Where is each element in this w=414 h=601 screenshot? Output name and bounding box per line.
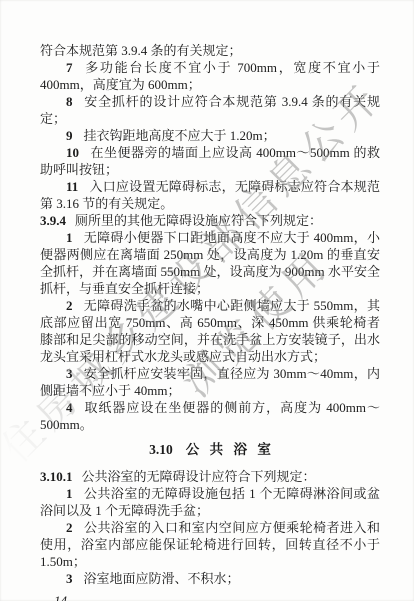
document-content: 符合本规范第 3.9.4 条的有关规定； 7多功能台长度不宜小于 700mm，宽… (0, 0, 414, 601)
numbered-item-4: 4取纸器应设在坐便器的侧前方，高度为 400mm～500mm。 (40, 399, 380, 433)
numbered-item-1: 1无障碍小便器下口距地面高度不应大于 400mm，小便器两侧应在离墙面 250m… (40, 229, 380, 297)
numbered-item-3: 3安全抓杆应安装牢固，直径应为 30mm～40mm，内侧距墙不应小于 40mm； (40, 365, 380, 399)
item-number: 7 (66, 60, 73, 75)
clause-3-10-1: 3.10.1公共浴室的无障碍设计应符合下列规定： (40, 468, 380, 485)
item-text: 挂衣钩距地高度不应大于 1.20m； (84, 128, 276, 143)
item-number: 4 (66, 400, 73, 415)
section-title: 公 共 浴 室 (186, 442, 271, 457)
item-number: 10 (66, 145, 79, 160)
numbered-item-2: 2公共浴室的入口和室内空间应方便乘轮椅者进入和使用，浴室内部应能保证轮椅进行回转… (40, 519, 380, 570)
item-text: 安全抓杆的设计应符合本规范第 3.9.4 条的有关规定； (40, 94, 380, 126)
section-heading: 3.10公 共 浴 室 (40, 441, 380, 458)
section-number: 3.10 (149, 442, 173, 457)
numbered-item-9: 9挂衣钩距地高度不应大于 1.20m； (40, 127, 380, 144)
item-text: 安全抓杆应安装牢固，直径应为 30mm～40mm，内侧距墙不应小于 40mm； (40, 366, 380, 398)
item-number: 1 (66, 486, 73, 501)
item-text: 无障碍小便器下口距地面高度不应大于 400mm，小便器两侧应在离墙面 250mm… (40, 230, 380, 296)
item-text: 浴室地面应防滑、不积水； (84, 571, 240, 586)
item-number: 3 (66, 571, 73, 586)
clause-number: 3.10.1 (40, 469, 73, 484)
item-text: 无障碍洗手盆的水嘴中心距侧墙应大于 550mm，其底部应留出宽 750mm、高 … (40, 298, 380, 364)
item-text: 入口应设置无障碍标志，无障碍标志应符合本规范第 3.16 节的有关规定。 (40, 179, 380, 211)
clause-text: 公共浴室的无障碍设计应符合下列规定： (82, 469, 316, 484)
document-page: 住房城乡建设部信息公开 浏览使用 符合本规范第 3.9.4 条的有关规定； 7多… (0, 0, 414, 601)
numbered-item-8: 8安全抓杆的设计应符合本规范第 3.9.4 条的有关规定； (40, 93, 380, 127)
numbered-item-2: 2无障碍洗手盆的水嘴中心距侧墙应大于 550mm，其底部应留出宽 750mm、高… (40, 297, 380, 365)
item-number: 3 (66, 366, 73, 381)
item-number: 2 (66, 298, 73, 313)
paragraph-text: 符合本规范第 3.9.4 条的有关规定； (40, 43, 242, 58)
item-text: 公共浴室的入口和室内空间应方便乘轮椅者进入和使用，浴室内部应能保证轮椅进行回转，… (40, 520, 380, 569)
numbered-item-7: 7多功能台长度不宜小于 700mm，宽度不宜小于 400mm，高度宜为 600m… (40, 59, 380, 93)
numbered-item-1: 1公共浴室的无障碍设施包括 1 个无障碍淋浴间或盆浴间以及 1 个无障碍洗手盆； (40, 485, 380, 519)
item-number: 9 (66, 128, 73, 143)
item-text: 在坐便器旁的墙面上应设高 400mm～500mm 的救助呼叫按钮； (40, 145, 380, 177)
numbered-item-10: 10在坐便器旁的墙面上应设高 400mm～500mm 的救助呼叫按钮； (40, 144, 380, 178)
numbered-item-3: 3浴室地面应防滑、不积水； (40, 570, 380, 587)
numbered-item-11: 11入口应设置无障碍标志，无障碍标志应符合本规范第 3.16 节的有关规定。 (40, 178, 380, 212)
clause-3-9-4: 3.9.4厕所里的其他无障碍设施应符合下列规定： (40, 212, 380, 229)
item-text: 取纸器应设在坐便器的侧前方，高度为 400mm～500mm。 (40, 400, 380, 432)
item-number: 11 (66, 179, 78, 194)
item-number: 2 (66, 520, 73, 535)
clause-number: 3.9.4 (40, 213, 66, 228)
item-text: 公共浴室的无障碍设施包括 1 个无障碍淋浴间或盆浴间以及 1 个无障碍洗手盆； (40, 486, 380, 518)
item-number: 8 (66, 94, 73, 109)
clause-text: 厕所里的其他无障碍设施应符合下列规定： (75, 213, 322, 228)
item-text: 多功能台长度不宜小于 700mm，宽度不宜小于 400mm，高度宜为 600mm… (40, 60, 380, 92)
continuation-paragraph: 符合本规范第 3.9.4 条的有关规定； (40, 42, 380, 59)
item-number: 1 (66, 230, 73, 245)
page-number: 14 (54, 592, 380, 601)
